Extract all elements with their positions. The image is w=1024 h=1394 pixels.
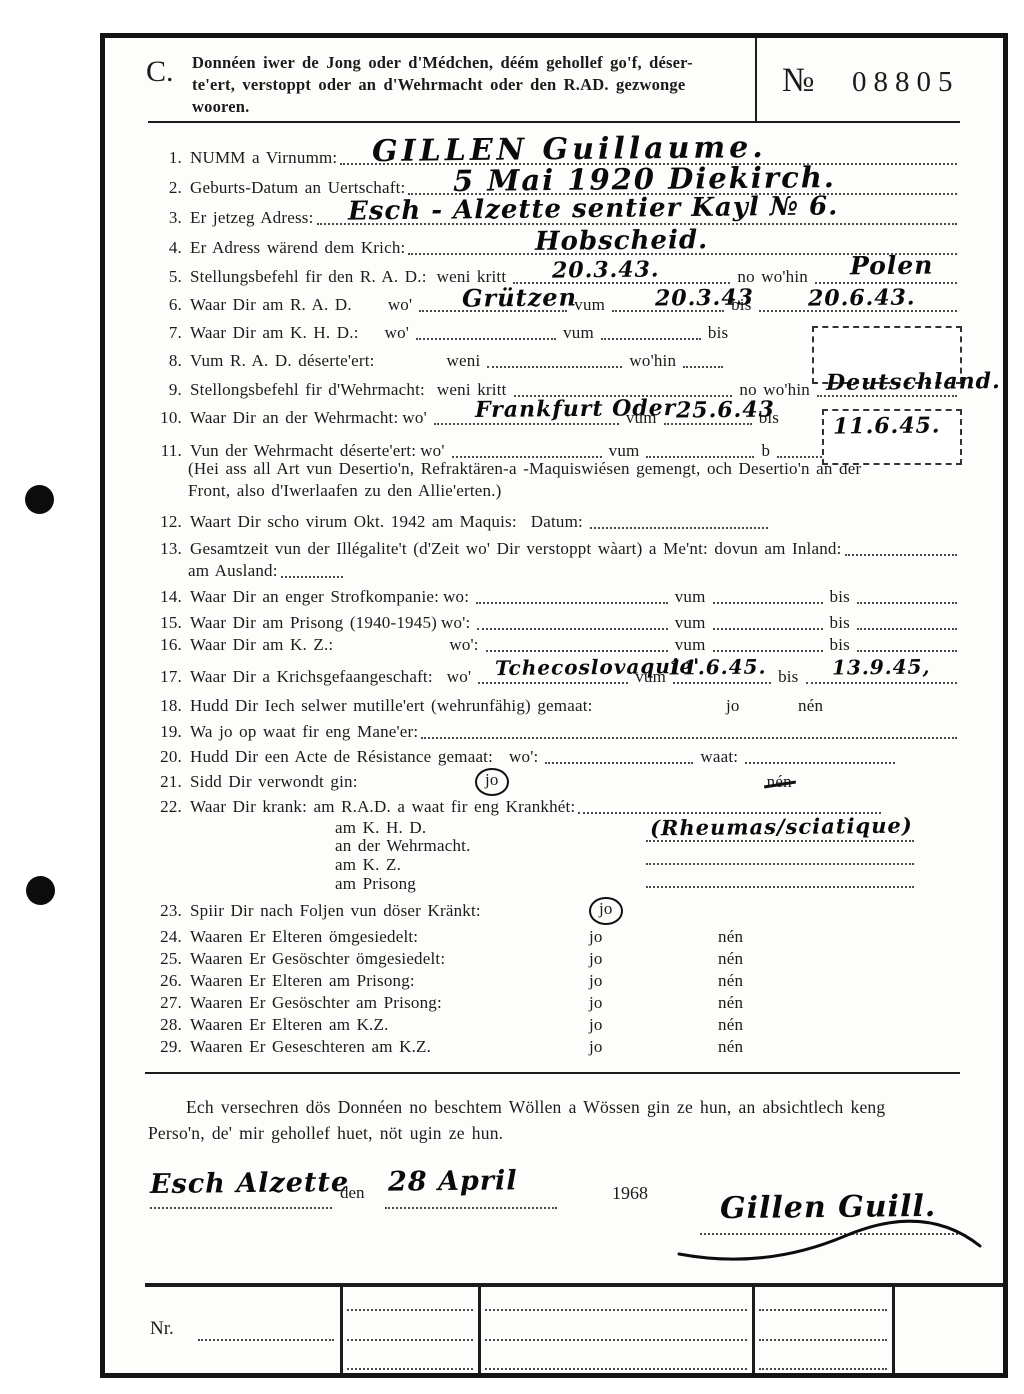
dotted-line: [646, 884, 914, 888]
dotted-line: [646, 453, 754, 458]
field-keyword: wo': [443, 668, 475, 687]
dotted-line: [452, 453, 602, 458]
dotted-line: [485, 1366, 747, 1370]
dotted-line: [421, 734, 957, 739]
item-number: 10.: [148, 409, 190, 428]
nr-label: Nr.: [150, 1318, 174, 1340]
dotted-line: [759, 1337, 887, 1341]
item-label: Waaren Er Geseschteren am K.Z.: [190, 1038, 431, 1057]
item-number: 17.: [148, 668, 190, 687]
item-22-sub2: an der Wehrmacht.: [335, 836, 471, 856]
form-title-line2: te'ert, verstoppt oder an d'Wehrmacht od…: [192, 74, 740, 96]
dotted-line: [486, 647, 668, 652]
form-item-13: 13. Gesamtzeit vun der Illégalite't (d'Z…: [148, 535, 960, 559]
dotted-line: [485, 1337, 747, 1341]
option-jo: jo: [589, 1038, 603, 1057]
item-label: Stellungsbefehl fir den R. A. D.:: [190, 268, 427, 287]
item-label: Waar Dir am K. H. D.:: [190, 324, 359, 343]
item-number: 4.: [148, 239, 190, 258]
item-number: 5.: [148, 268, 190, 287]
field-keyword: bis: [826, 636, 854, 655]
dotted-line: [347, 1337, 473, 1341]
form-item-25: 25. Waaren Er Gesöschter ömgesiedelt: jo…: [148, 945, 960, 969]
punch-hole: [26, 876, 55, 905]
dotted-line: [713, 625, 823, 630]
item-number: 2.: [148, 179, 190, 198]
item-number: 21.: [148, 773, 190, 792]
signature: Gillen Guill.: [720, 1189, 937, 1226]
item-number: 19.: [148, 723, 190, 742]
form-item-21: 21. Sidd Dir verwondt gin: jo nén: [148, 768, 960, 792]
form-item-12: 12. Waart Dir scho virum Okt. 1942 am Ma…: [148, 508, 808, 532]
table-top-border: [145, 1283, 1003, 1287]
item-number: 18.: [148, 697, 190, 716]
form-item-28: 28. Waaren Er Elteren am K.Z. jo nén: [148, 1011, 960, 1035]
item-label: Geburts-Datum an Uertschaft:: [190, 179, 405, 198]
field-keyword: vum: [559, 324, 598, 343]
dotted-line: [857, 625, 957, 630]
dotted-line: [198, 1337, 334, 1341]
dotted-line: [590, 524, 768, 529]
item-number: 29.: [148, 1038, 190, 1057]
form-item-18: 18. Hudd Dir Iech selwer mutille'ert (we…: [148, 692, 960, 716]
option-nen-crossed: nén: [767, 773, 792, 792]
handwritten-pow-from: 11.6.45.: [668, 654, 767, 679]
form-item-14: 14. Waar Dir an enger Strofkompanie: wo:…: [148, 583, 960, 607]
field-keyword: bis: [826, 588, 854, 607]
item-number: 13.: [148, 540, 190, 559]
item-label: NUMM a Virnumm:: [190, 149, 337, 168]
form-item-29: 29. Waaren Er Geseschteren am K.Z. jo né…: [148, 1033, 960, 1057]
item-label: Waar Dir krank: am R.A.D. a waat fir eng…: [190, 798, 575, 817]
handwritten-rad-to: 20.6.43.: [808, 284, 916, 311]
dotted-line: [713, 647, 823, 652]
option-jo-circled: jo: [589, 897, 623, 925]
item-label: Waar Dir an enger Strofkompanie:: [190, 588, 439, 607]
form-item-26: 26. Waaren Er Elteren am Prisong: jo nén: [148, 967, 960, 991]
form-item-27: 27. Waaren Er Gesöschter am Prisong: jo …: [148, 989, 960, 1013]
declaration-line2: Perso'n, de' mir gehollef huet, nöt ugin…: [148, 1120, 960, 1146]
item-number: 16.: [148, 636, 190, 655]
form-item-20: 20. Hudd Dir een Acte de Résistance gema…: [148, 743, 908, 767]
table-column-border: [478, 1283, 481, 1373]
option-nen: nén: [798, 697, 823, 716]
handwritten-wehrmacht-destination: Deutschland.: [826, 368, 1001, 396]
item-number: 1.: [148, 149, 190, 168]
dotted-line: [476, 599, 668, 604]
form-item-16: 16. Waar Dir am K. Z.: wo': vum bis: [148, 631, 960, 655]
dotted-line: [487, 363, 622, 368]
field-keyword: Datum:: [527, 513, 587, 532]
form-item-19: 19. Wa jo op waat fir eng Mane'er:: [148, 718, 960, 742]
table-column-border: [340, 1283, 343, 1373]
handwritten-wehrmacht-to: 11.6.45.: [833, 412, 941, 439]
dotted-line: [759, 1307, 887, 1311]
handwritten-rad-order-date: 20.3.43.: [552, 256, 660, 283]
item-11-note-line2: Front, also d'Iwerlaafen zu den Allie'er…: [188, 481, 502, 501]
field-keyword: vum: [671, 636, 710, 655]
item-label: Hudd Dir een Acte de Résistance gemaat:: [190, 748, 493, 767]
handwritten-rad-destination: Polen: [850, 251, 934, 281]
dotted-line: [759, 1366, 887, 1370]
item-number: 22.: [148, 798, 190, 817]
dotted-line: [857, 647, 957, 652]
field-keyword: wo': [381, 324, 413, 343]
item-number: 3.: [148, 209, 190, 228]
item-label: am Ausland:: [188, 562, 278, 581]
handwritten-pow-to: 13.9.45,: [832, 654, 931, 679]
item-label: Er Adress wärend dem Krich:: [190, 239, 405, 258]
handwritten-rad-place: Grützen: [462, 282, 577, 312]
item-11-note-line1: (Hei ass all Art vun Desertio'n, Refrakt…: [188, 459, 861, 479]
handwritten-date: 28 April: [388, 1165, 518, 1197]
field-keyword: vum: [671, 588, 710, 607]
item-label: Spiir Dir nach Foljen vun döser Kränkt:: [190, 902, 481, 921]
dotted-line: [477, 625, 667, 630]
table-column-border: [752, 1283, 755, 1373]
form-title-line3: wooren.: [192, 96, 740, 118]
item-label: Wa jo op waat fir eng Mane'er:: [190, 723, 418, 742]
dotted-line: [347, 1307, 473, 1311]
option-jo: jo: [726, 697, 740, 716]
handwritten-address: Esch - Alzette sentier Kayl № 6.: [348, 191, 839, 226]
dotted-line: [713, 599, 823, 604]
dotted-line: [673, 679, 771, 684]
field-keyword: wo': [384, 296, 416, 315]
handwritten-wehrmacht-from: 25.6.43: [676, 396, 775, 423]
item-label: Waar Dir an der Wehrmacht:: [190, 409, 398, 428]
form-item-15: 15. Waar Dir am Prisong (1940-1945) wo':…: [148, 609, 960, 633]
dotted-line: [281, 573, 343, 578]
dotted-line: [745, 759, 895, 764]
dotted-line: [485, 1307, 747, 1311]
dotted-line: [601, 335, 701, 340]
field-keyword: wo': [398, 409, 430, 428]
item-22-sub1: am K. H. D.: [335, 818, 426, 838]
form-item-23: 23. Spiir Dir nach Foljen vun döser Krän…: [148, 897, 960, 921]
field-keyword: wo:: [439, 588, 473, 607]
item-number: 8.: [148, 352, 190, 371]
declaration-text: Ech versechren dös Donnéen no beschtem W…: [148, 1094, 960, 1147]
handwritten-rad-from: 20.3.43: [655, 284, 754, 311]
table-column-border: [892, 1283, 895, 1373]
item-label: Hudd Dir Iech selwer mutille'ert (wehrun…: [190, 697, 593, 716]
field-keyword: wo':: [445, 636, 482, 655]
header-underline: [148, 121, 960, 123]
item-label: Vum R. A. D. déserte'ert:: [190, 352, 375, 371]
option-jo-circled: jo: [475, 768, 509, 796]
form-item-13-cont: am Ausland:: [188, 557, 388, 581]
header-divider: [755, 38, 757, 122]
item-number: 20.: [148, 748, 190, 767]
item-label: Waar Dir am R. A. D.: [190, 296, 352, 315]
field-keyword: wo':: [505, 748, 542, 767]
item-label: Sidd Dir verwondt gin:: [190, 773, 358, 792]
item-label: Stellongsbefehl fir d'Wehrmacht:: [190, 381, 425, 400]
dotted-line: [806, 679, 957, 684]
field-keyword: waat:: [696, 748, 742, 767]
item-22-sub4: am Prisong: [335, 874, 416, 894]
form-item-24: 24. Waaren Er Elteren ömgesiedelt: jo né…: [148, 923, 960, 947]
handwritten-place: Esch Alzette: [150, 1167, 349, 1200]
item-number: 23.: [148, 902, 190, 921]
item-22-sub3: am K. Z.: [335, 855, 401, 875]
dotted-line: [150, 1205, 332, 1209]
field-keyword: wo'hin: [625, 352, 680, 371]
item-number: 14.: [148, 588, 190, 607]
date-year: 1968: [612, 1183, 648, 1204]
dotted-line: [385, 1205, 557, 1209]
dotted-line: [857, 599, 957, 604]
item-label: Waart Dir scho virum Okt. 1942 am Maquis…: [190, 513, 517, 532]
option-nen: nén: [718, 1038, 743, 1057]
section-letter: C.: [146, 55, 174, 89]
dotted-line: [683, 363, 723, 368]
handwritten-wehrmacht-place: Frankfurt Oder: [475, 395, 677, 423]
item-number: 12.: [148, 513, 190, 532]
declaration-line1: Ech versechren dös Donnéen no beschtem W…: [148, 1094, 960, 1120]
form-title: Donnéen iwer de Jong oder d'Médchen, déé…: [192, 52, 740, 117]
dotted-line: [347, 1366, 473, 1370]
handwritten-war-address: Hobscheid.: [535, 225, 708, 257]
dotted-line: [646, 861, 914, 865]
item-number: 9.: [148, 381, 190, 400]
item-label: Waar Dir a Krichsgefaangeschaft:: [190, 668, 433, 687]
handwritten-illness: (Rheumas/sciatique): [650, 813, 913, 841]
form-title-line1: Donnéen iwer de Jong oder d'Médchen, déé…: [192, 52, 740, 74]
section-divider: [145, 1072, 960, 1074]
item-number: 11.: [148, 442, 190, 461]
item-label: Waar Dir am K. Z.:: [190, 636, 333, 655]
dotted-line: [545, 759, 693, 764]
form-number-value: 08805: [852, 66, 960, 99]
field-keyword: weni: [443, 352, 485, 371]
item-label: Er jetzeg Adress:: [190, 209, 314, 228]
item-number: 6.: [148, 296, 190, 315]
form-number-label: №: [782, 62, 814, 100]
field-keyword: bis: [774, 668, 802, 687]
dotted-line: [845, 551, 957, 556]
punch-hole: [25, 485, 54, 514]
field-keyword: bis: [704, 324, 732, 343]
dotted-line: [416, 335, 556, 340]
item-number: 7.: [148, 324, 190, 343]
